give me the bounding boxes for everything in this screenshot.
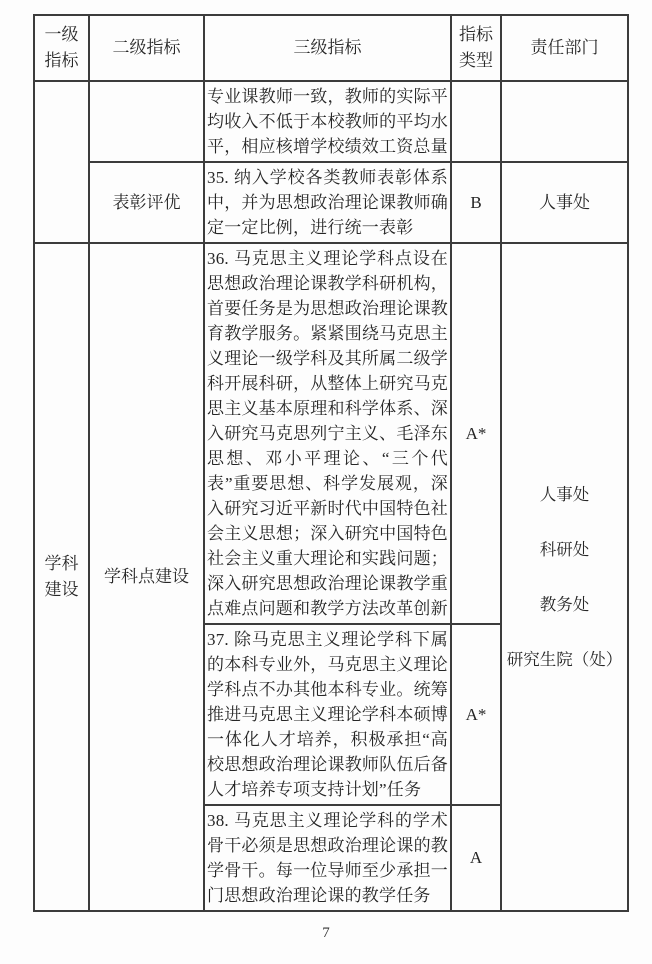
department-item: 研究生院（处） [507, 647, 623, 672]
cell-item35-secondary: 表彰评优 [89, 162, 204, 243]
table-row-carryover: 专业课教师一致，教师的实际平均收入不低于本校教师的平均水平，相应核增学校绩效工资… [34, 81, 628, 162]
cell-discipline-primary: 学科建设 [34, 243, 89, 911]
cell-item35-type: B [451, 162, 501, 243]
table-row-item35: 表彰评优 35. 纳入学校各类教师表彰体系中，并为思想政治理论课教师确定一定比例… [34, 162, 628, 243]
header-level1-indicator: 一级指标 [34, 15, 89, 81]
cell-empty-secondary [89, 81, 204, 162]
cell-item38-indicator: 38. 马克思主义理论学科的学术骨干必须是思想政治理论课的教学骨干。每一位导师至… [204, 805, 451, 911]
page-number: 7 [0, 925, 652, 942]
department-item: 科研处 [540, 537, 590, 562]
department-item: 人事处 [540, 482, 590, 507]
cell-carryover-department [501, 81, 628, 162]
cell-item35-department: 人事处 [501, 162, 628, 243]
cell-discipline-departments: 人事处 科研处 教务处 研究生院（处） [501, 243, 628, 911]
header-responsible-department: 责任部门 [501, 15, 628, 81]
table-header-row: 一级指标 二级指标 三级指标 指标类型 责任部门 [34, 15, 628, 81]
header-indicator-type: 指标类型 [451, 15, 501, 81]
cell-item36-indicator: 36. 马克思主义理论学科点设在思想政治理论课教学科研机构，首要任务是为思想政治… [204, 243, 451, 624]
header-level3-indicator: 三级指标 [204, 15, 451, 81]
cell-item38-type: A [451, 805, 501, 911]
department-list: 人事处 科研处 教务处 研究生院（处） [504, 482, 625, 672]
table-row-item36: 学科建设 学科点建设 36. 马克思主义理论学科点设在思想政治理论课教学科研机构… [34, 243, 628, 624]
document-page: 一级指标 二级指标 三级指标 指标类型 责任部门 专业课教师一致，教师的实际平均… [0, 0, 652, 964]
cell-item36-type: A* [451, 243, 501, 624]
cell-carryover-type [451, 81, 501, 162]
header-level2-indicator: 二级指标 [89, 15, 204, 81]
cell-empty-primary [34, 81, 89, 243]
indicator-table: 一级指标 二级指标 三级指标 指标类型 责任部门 专业课教师一致，教师的实际平均… [33, 14, 629, 912]
cell-carryover-indicator: 专业课教师一致，教师的实际平均收入不低于本校教师的平均水平，相应核增学校绩效工资… [204, 81, 451, 162]
cell-discipline-secondary: 学科点建设 [89, 243, 204, 911]
department-item: 教务处 [540, 592, 590, 617]
cell-item37-type: A* [451, 624, 501, 805]
cell-item35-indicator: 35. 纳入学校各类教师表彰体系中，并为思想政治理论课教师确定一定比例，进行统一… [204, 162, 451, 243]
cell-item37-indicator: 37. 除马克思主义理论学科下属的本科专业外，马克思主义理论学科点不办其他本科专… [204, 624, 451, 805]
